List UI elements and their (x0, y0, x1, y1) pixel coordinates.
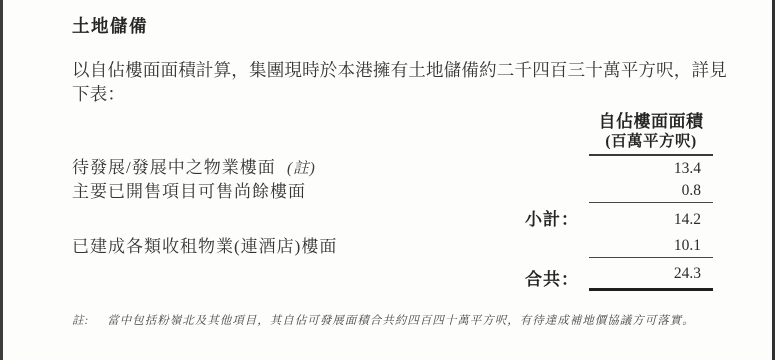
row-note-reference: (註) (287, 160, 316, 177)
table-header-row: 自佔樓面面積 (百萬平方呎) (72, 112, 713, 156)
row-label: 待發展/發展中之物業樓面 (註) (72, 156, 589, 180)
footnote-marker: 註: (72, 315, 89, 327)
table-row-total: 合共： 24.3 (72, 262, 713, 291)
intro-line-2: 下表： (72, 82, 713, 106)
scanned-document-page: 土地儲備 以自佔樓面面積計算，集團現時於本港擁有土地儲備約二千四百三十萬平方呎，… (0, 0, 775, 360)
land-reserve-table: 自佔樓面面積 (百萬平方呎) 待發展/發展中之物業樓面 (註) 13.4 主要已… (72, 112, 713, 291)
footnote: 註: 當中包括粉嶺北及其他項目，其自佔可發展面積合共約四百四十萬平方呎，有待達成… (72, 312, 713, 328)
intro-line-1: 以自佔樓面面積計算，集團現時於本港擁有土地儲備約二千四百三十萬平方呎，詳見 (72, 58, 713, 82)
table-row-rental-properties: 已建成各類收租物業(連酒店)樓面 10.1 (72, 235, 713, 258)
section-title: 土地儲備 (72, 14, 713, 38)
table-row-unsold-remaining: 主要已開售項目可售尚餘樓面 0.8 (72, 180, 713, 203)
total-value: 24.3 (589, 262, 713, 291)
row-value: 10.1 (589, 235, 713, 258)
intro-paragraph: 以自佔樓面面積計算，集團現時於本港擁有土地儲備約二千四百三十萬平方呎，詳見 下表… (72, 58, 713, 106)
row-label: 已建成各類收租物業(連酒店)樓面 (72, 236, 589, 258)
subtotal-label: 小計： (525, 205, 579, 231)
row-value: 0.8 (589, 180, 713, 203)
document-content: 土地儲備 以自佔樓面面積計算，集團現時於本港擁有土地儲備約二千四百三十萬平方呎，… (72, 14, 713, 328)
total-label: 合共： (525, 268, 579, 291)
row-value: 13.4 (589, 157, 713, 180)
table-row-subtotal: 小計： 14.2 (72, 205, 713, 231)
value-column-header-line2: (百萬平方呎) (589, 132, 713, 152)
scan-left-edge-line (0, 0, 3, 360)
footnote-text: 當中包括粉嶺北及其他項目，其自佔可發展面積合共約四百四十萬平方呎，有待達成補地價… (107, 315, 695, 327)
table-row-under-development: 待發展/發展中之物業樓面 (註) 13.4 (72, 156, 713, 180)
row-label-text: 待發展/發展中之物業樓面 (72, 158, 276, 177)
value-column-header: 自佔樓面面積 (百萬平方呎) (589, 112, 713, 156)
value-column-header-line1: 自佔樓面面積 (589, 112, 713, 132)
row-label: 主要已開售項目可售尚餘樓面 (72, 181, 589, 203)
subtotal-value: 14.2 (589, 205, 713, 231)
